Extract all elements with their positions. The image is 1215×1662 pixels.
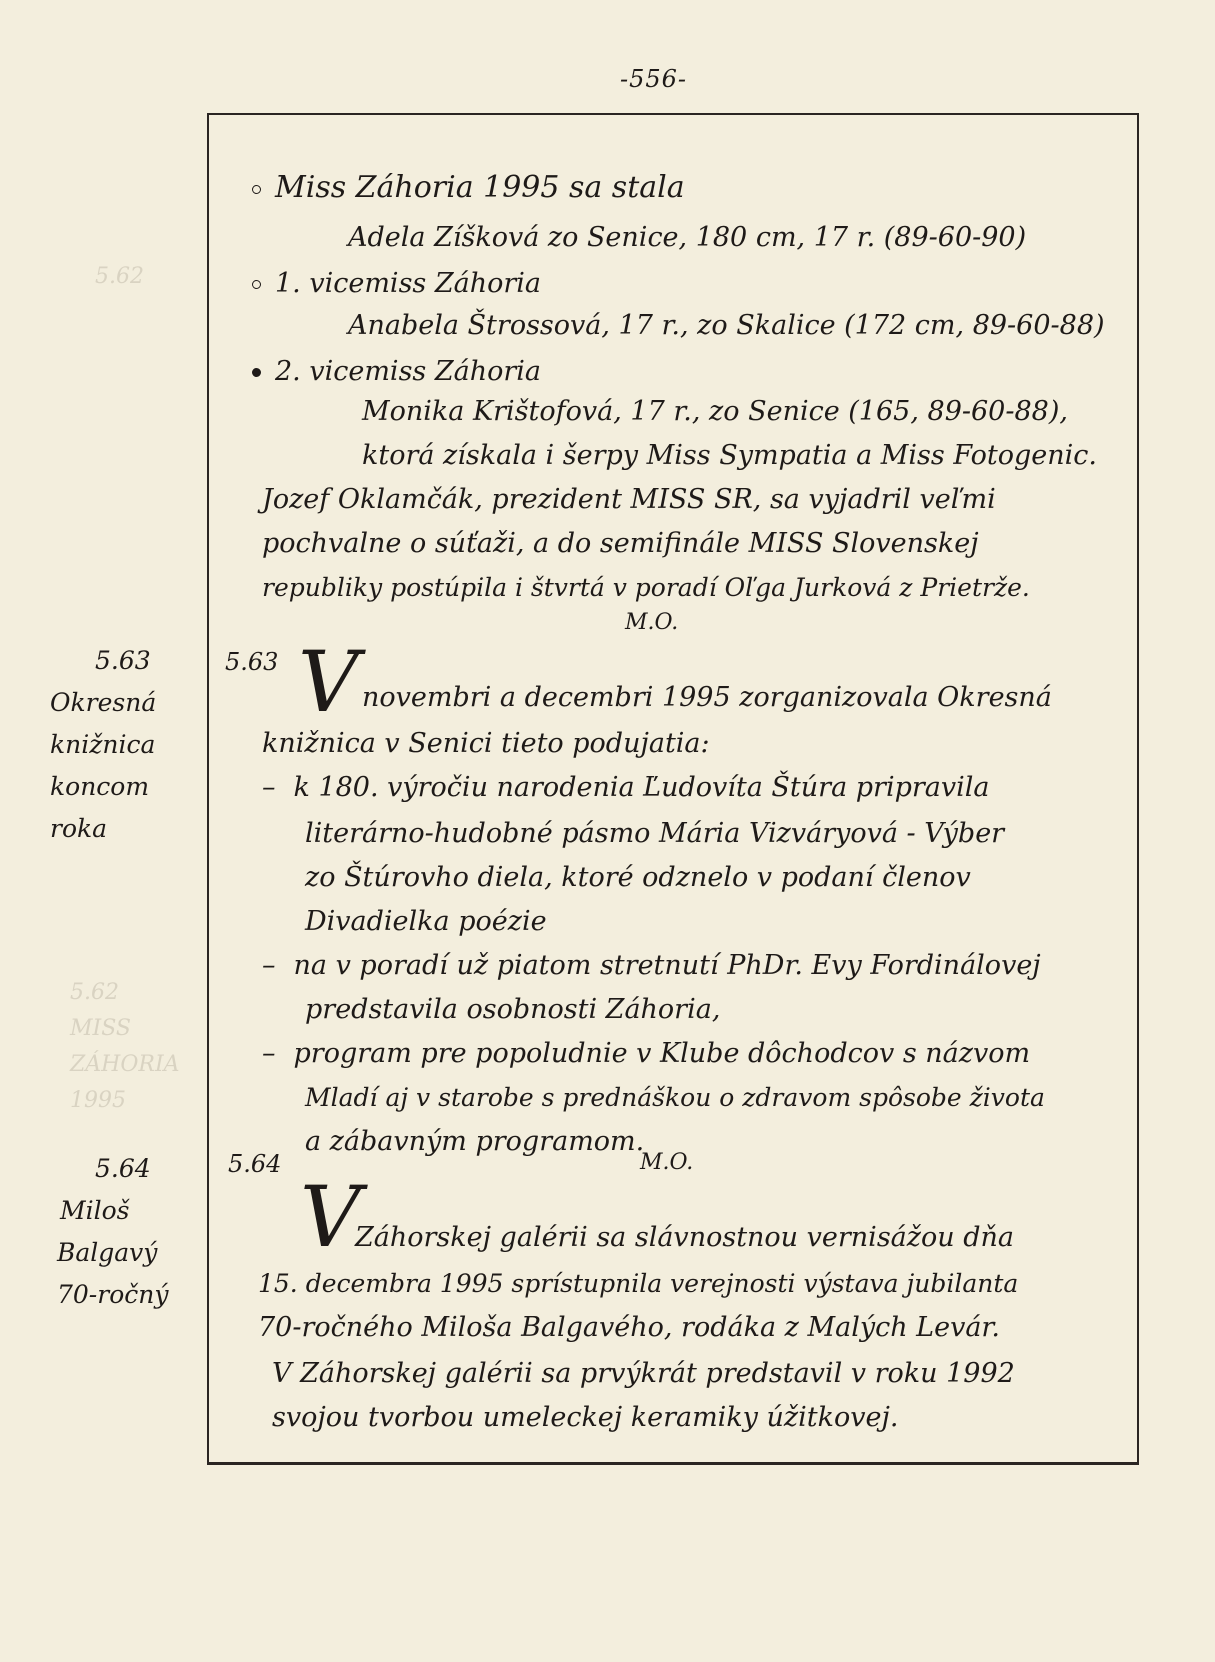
miss-title-text: Miss Záhoria 1995 sa stala xyxy=(275,170,685,205)
bullet-icon xyxy=(252,280,261,289)
miss-detail-text: Monika Krištofová, 17 r., zo Senice (165… xyxy=(362,396,1068,427)
miss-detail-text: ktorá získala i šerpy Miss Sympatia a Mi… xyxy=(362,440,1097,471)
bleed-text: 5.62 xyxy=(70,975,180,1011)
miss-paragraph-line: pochvalne o súťaži, a do semifinále MISS… xyxy=(262,528,979,560)
section-563-line: novembri a decembri 1995 zorganizovala O… xyxy=(362,682,1052,714)
section-564-line: 70-ročného Miloša Balgavého, rodáka z Ma… xyxy=(258,1312,1000,1344)
bleed-text: 5.62 xyxy=(95,255,144,299)
section-563-bullet-1: –k 180. výročiu narodenia Ľudovíta Štúra… xyxy=(262,772,990,804)
miss-title-text: 1. vicemiss Záhoria xyxy=(275,268,541,299)
section-564-line: Záhorskej galérii sa slávnostnou vernisá… xyxy=(355,1222,1014,1254)
miss-item-3-title: 2. vicemiss Záhoria xyxy=(252,356,541,388)
section-564-line: V Záhorskej galérii sa prvýkrát predstav… xyxy=(272,1358,1015,1390)
miss-detail-text: Adela Zíšková zo Senice, 180 cm, 17 r. (… xyxy=(348,222,1026,253)
dropcap: V xyxy=(300,1175,361,1259)
margin-number: 5.64 xyxy=(95,1148,169,1190)
bleed-text: 1995 xyxy=(70,1083,180,1119)
margin-section-563: 5.63 Okresná knižnica koncom roka xyxy=(85,640,156,850)
page-number: -556- xyxy=(620,65,687,93)
miss-item-1-title: Miss Záhoria 1995 sa stala xyxy=(252,172,685,204)
miss-item-3-detail2: ktorá získala i šerpy Miss Sympatia a Mi… xyxy=(362,440,1097,472)
section-563-bullet-2-cont: predstavila osobnosti Záhoria, xyxy=(305,994,720,1026)
bullet-icon xyxy=(252,185,261,194)
dash-icon: – xyxy=(262,772,276,804)
margin-number: 5.63 xyxy=(85,640,156,682)
bleed-through-margin: 5.62 xyxy=(95,255,144,299)
dash-icon: – xyxy=(262,950,276,982)
margin-title-line: Miloš xyxy=(60,1190,169,1232)
section-563-bullet-3: –program pre popoludnie v Klube dôchodco… xyxy=(262,1038,1030,1070)
margin-title-line: koncom xyxy=(50,766,156,808)
signature: M.O. xyxy=(625,610,678,635)
section-563-line: knižnica v Senici tieto podujatia: xyxy=(262,728,710,760)
dash-icon: – xyxy=(262,1038,276,1070)
margin-title-line: 70-ročný xyxy=(57,1274,169,1316)
margin-title-line: roka xyxy=(50,808,156,850)
bleed-text: MISS xyxy=(70,1011,180,1047)
miss-paragraph-line: Jozef Oklamčák, prezident MISS SR, sa vy… xyxy=(262,484,996,516)
bullet-text: program pre popoludnie v Klube dôchodcov… xyxy=(294,1038,1031,1069)
section-number: 5.63 xyxy=(225,648,278,676)
section-564-line: 15. decembra 1995 sprístupnila verejnost… xyxy=(258,1268,1018,1300)
section-563-bullet-1-cont: zo Štúrovho diela, ktoré odznelo v podan… xyxy=(305,862,971,894)
miss-item-2-detail: Anabela Štrossová, 17 r., zo Skalice (17… xyxy=(348,310,1105,342)
bleed-through-margin-2: 5.62 MISS ZÁHORIA 1995 xyxy=(70,975,180,1119)
margin-title-line: Balgavý xyxy=(57,1232,169,1274)
dropcap: V xyxy=(298,640,359,724)
bullet-text: na v poradí už piatom stretnutí PhDr. Ev… xyxy=(294,950,1041,981)
bullet-text: k 180. výročiu narodenia Ľudovíta Štúra … xyxy=(294,772,990,803)
section-number: 5.64 xyxy=(228,1150,281,1178)
section-564-line: svojou tvorbou umeleckej keramiky úžitko… xyxy=(272,1402,898,1434)
miss-paragraph-line: republiky postúpila i štvrtá v poradí Oľ… xyxy=(262,572,1030,604)
section-563-bullet-1-cont: Divadielka poézie xyxy=(305,906,547,938)
signature: M.O. xyxy=(640,1150,693,1175)
miss-item-2-title: 1. vicemiss Záhoria xyxy=(252,268,541,300)
miss-item-3-detail: Monika Krištofová, 17 r., zo Senice (165… xyxy=(362,396,1068,428)
section-563-bullet-2: –na v poradí už piatom stretnutí PhDr. E… xyxy=(262,950,1041,982)
miss-title-text: 2. vicemiss Záhoria xyxy=(275,356,541,387)
section-563-bullet-1-cont: literárno-hudobné pásmo Mária Vizváryová… xyxy=(305,818,1004,850)
margin-title-line: Okresná xyxy=(50,682,156,724)
section-563-bullet-3-cont: Mladí aj v starobe s prednáškou o zdravo… xyxy=(305,1082,1045,1114)
margin-section-564: 5.64 Miloš Balgavý 70-ročný xyxy=(95,1148,169,1316)
miss-item-1-detail: Adela Zíšková zo Senice, 180 cm, 17 r. (… xyxy=(348,222,1026,254)
section-563-bullet-3-cont: a zábavným programom. xyxy=(305,1126,644,1158)
margin-title-line: knižnica xyxy=(50,724,156,766)
bleed-text: ZÁHORIA xyxy=(70,1047,180,1083)
miss-detail-text: Anabela Štrossová, 17 r., zo Skalice (17… xyxy=(348,310,1105,341)
bullet-icon xyxy=(252,368,261,377)
